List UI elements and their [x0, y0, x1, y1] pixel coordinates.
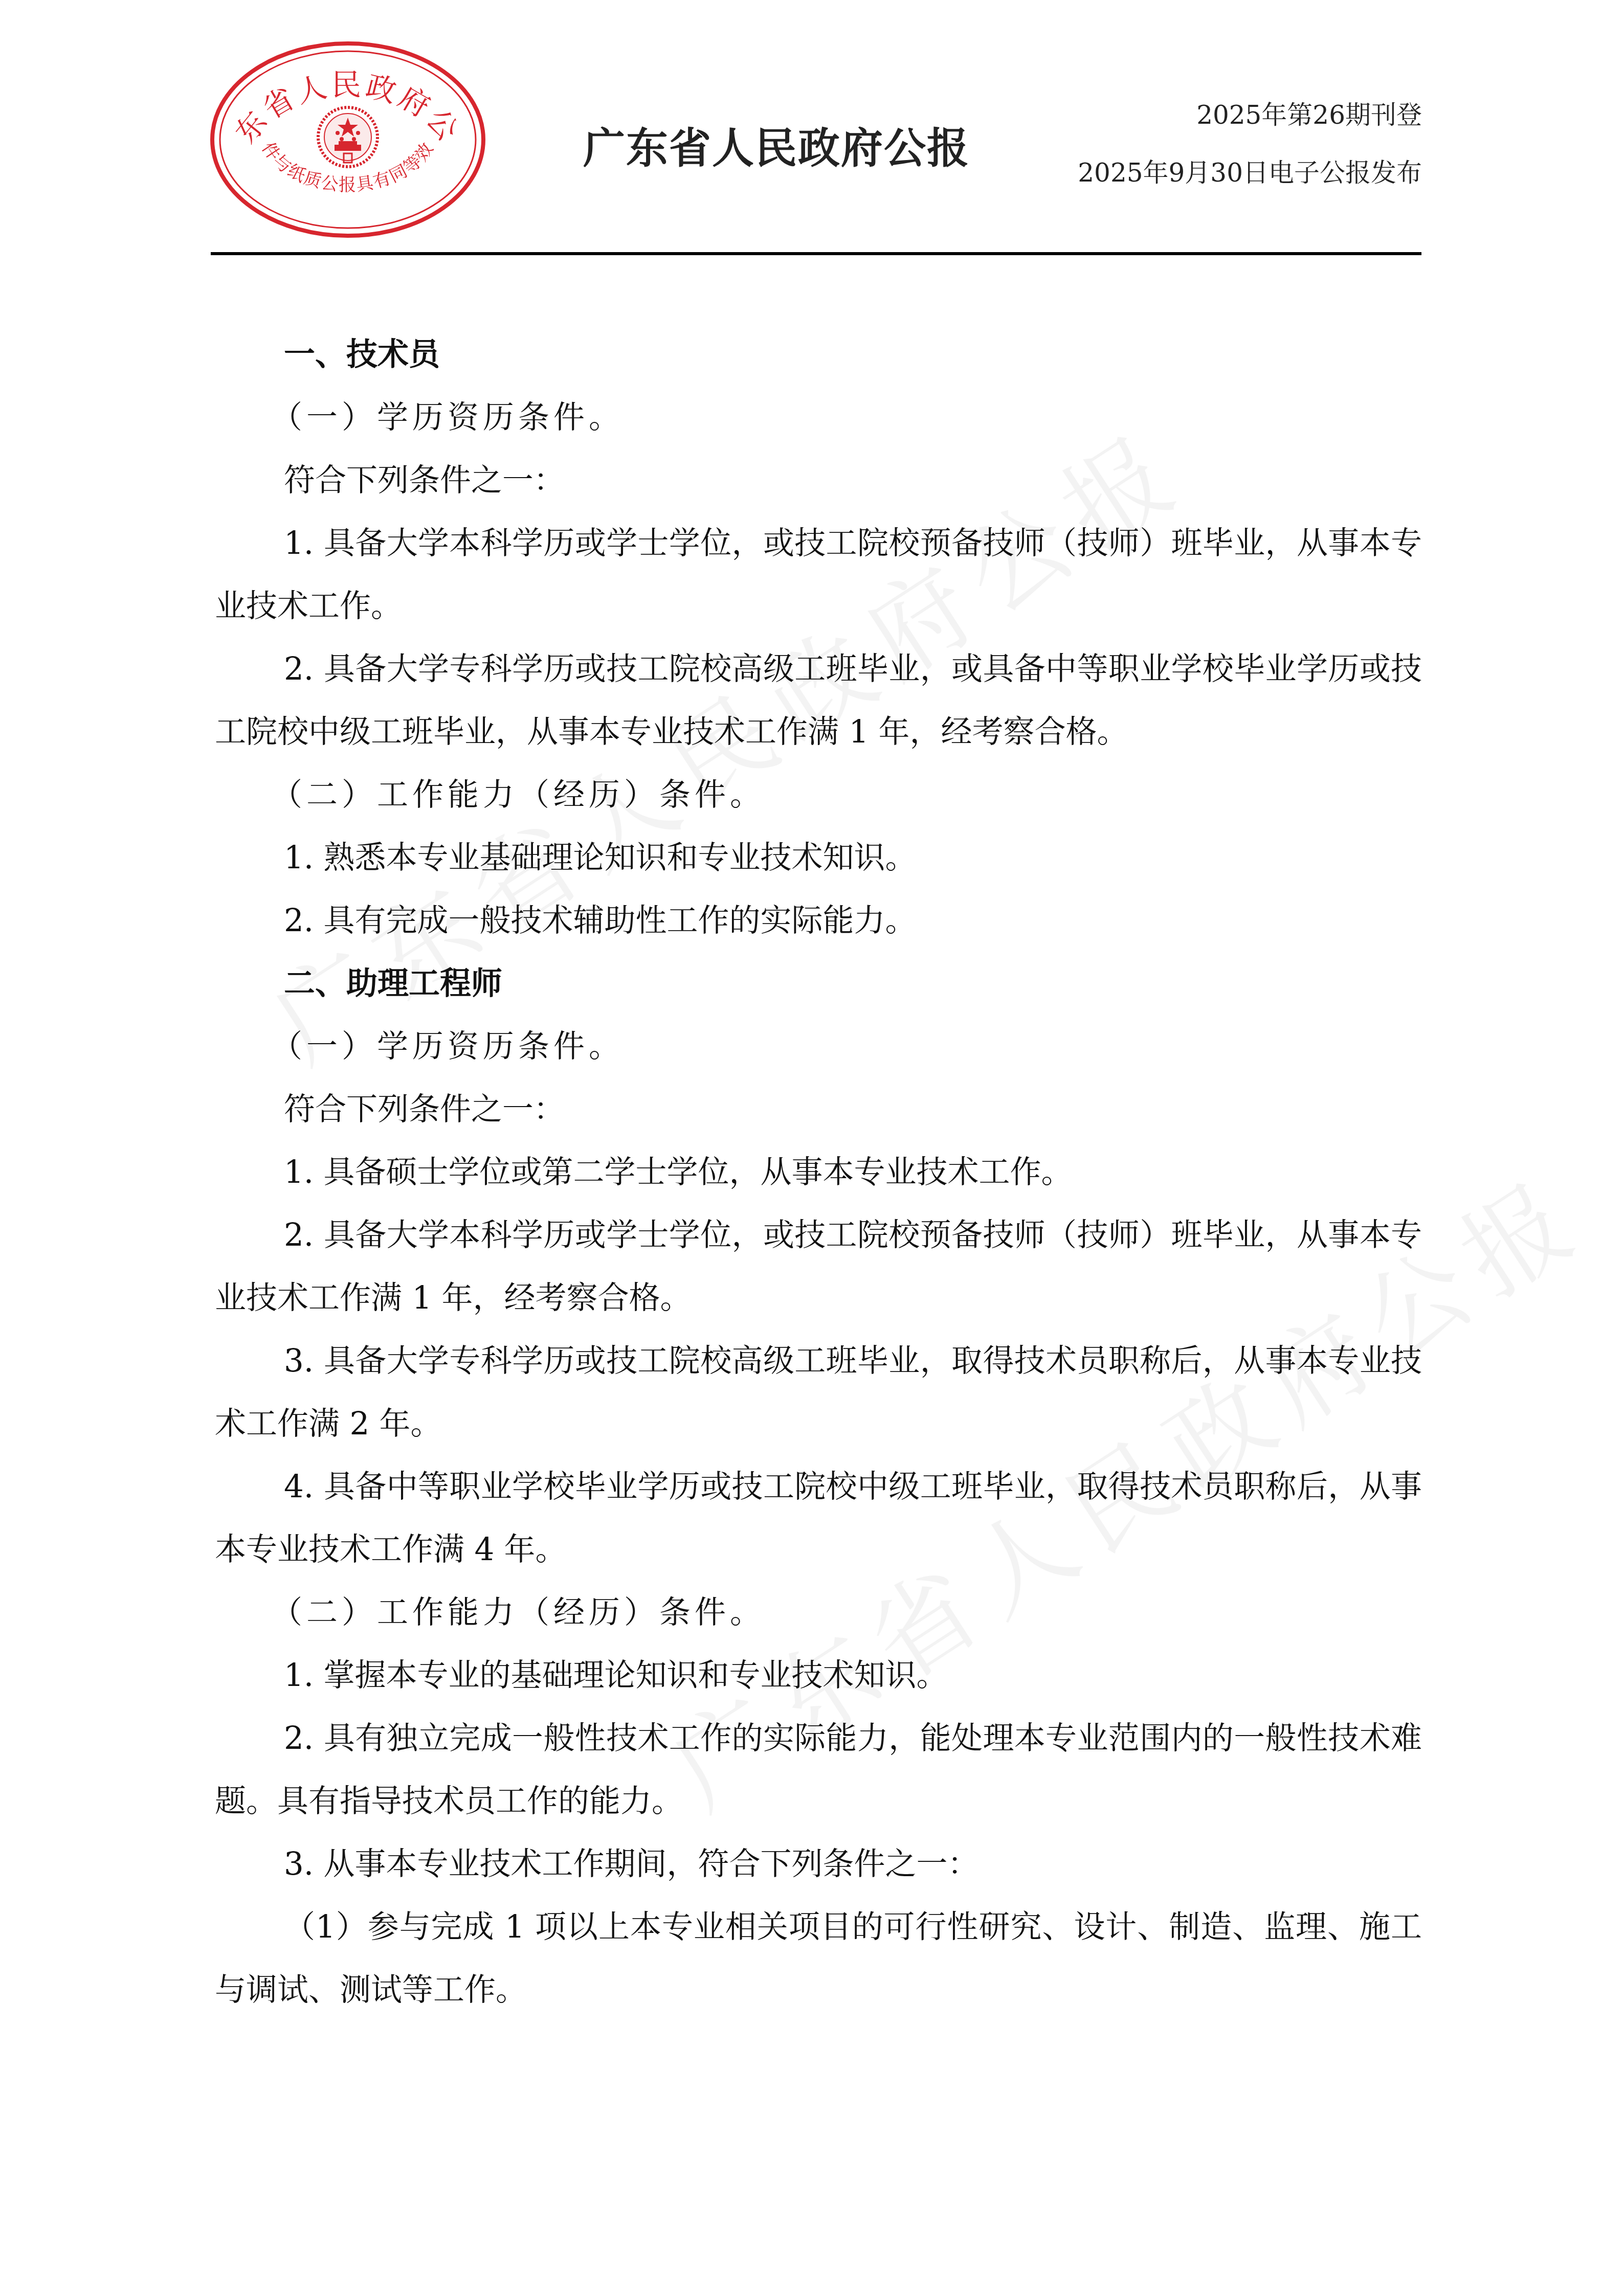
header-rule	[211, 252, 1421, 255]
section-heading: 一、技术员	[215, 323, 1422, 386]
subsection-heading: （一）学历资历条件。	[215, 1015, 1422, 1078]
paragraph: 符合下列条件之一：	[215, 1078, 1422, 1141]
paragraph: 2. 具有完成一般技术辅助性工作的实际能力。	[215, 889, 1422, 952]
publish-date: 2025年9月30日电子公报发布	[1078, 152, 1422, 189]
issue-label: 2025年第26期刊登	[1196, 95, 1422, 131]
paragraph: 3. 从事本专业技术工作期间，符合下列条件之一：	[215, 1833, 1422, 1896]
official-seal-icon: 广东省人民政府公报 此件与纸质公报具有同等效力	[210, 40, 486, 239]
section-heading: 二、助理工程师	[215, 952, 1422, 1015]
paragraph: 1. 掌握本专业的基础理论知识和专业技术知识。	[215, 1644, 1422, 1707]
paragraph: 4. 具备中等职业学校毕业学历或技工院校中级工班毕业，取得技术员职称后，从事本专…	[215, 1455, 1422, 1581]
subsection-heading: （二）工作能力（经历）条件。	[215, 1581, 1422, 1644]
paragraph: 2. 具备大学专科学历或技工院校高级工班毕业，或具备中等职业学校毕业学历或技工院…	[215, 638, 1422, 763]
document-body: 一、技术员 （一）学历资历条件。 符合下列条件之一： 1. 具备大学本科学历或学…	[215, 323, 1422, 2021]
national-emblem-icon	[318, 107, 377, 167]
paragraph: 1. 熟悉本专业基础理论知识和专业技术知识。	[215, 826, 1422, 889]
paragraph: 2. 具备大学本科学历或学士学位，或技工院校预备技师（技师）班毕业，从事本专业技…	[215, 1204, 1422, 1330]
paragraph: 3. 具备大学专科学历或技工院校高级工班毕业，取得技术员职称后，从事本专业技术工…	[215, 1330, 1422, 1455]
paragraph: 2. 具有独立完成一般性技术工作的实际能力，能处理本专业范围内的一般性技术难题。…	[215, 1707, 1422, 1833]
subsection-heading: （二）工作能力（经历）条件。	[215, 763, 1422, 826]
paragraph: 1. 具备大学本科学历或学士学位，或技工院校预备技师（技师）班毕业，从事本专业技…	[215, 512, 1422, 638]
paragraph: 符合下列条件之一：	[215, 449, 1422, 512]
paragraph: （1）参与完成 1 项以上本专业相关项目的可行性研究、设计、制造、监理、施工与调…	[215, 1896, 1422, 2021]
paragraph: 1. 具备硕士学位或第二学士学位，从事本专业技术工作。	[215, 1141, 1422, 1204]
bulletin-title: 广东省人民政府公报	[583, 115, 970, 175]
subsection-heading: （一）学历资历条件。	[215, 386, 1422, 449]
